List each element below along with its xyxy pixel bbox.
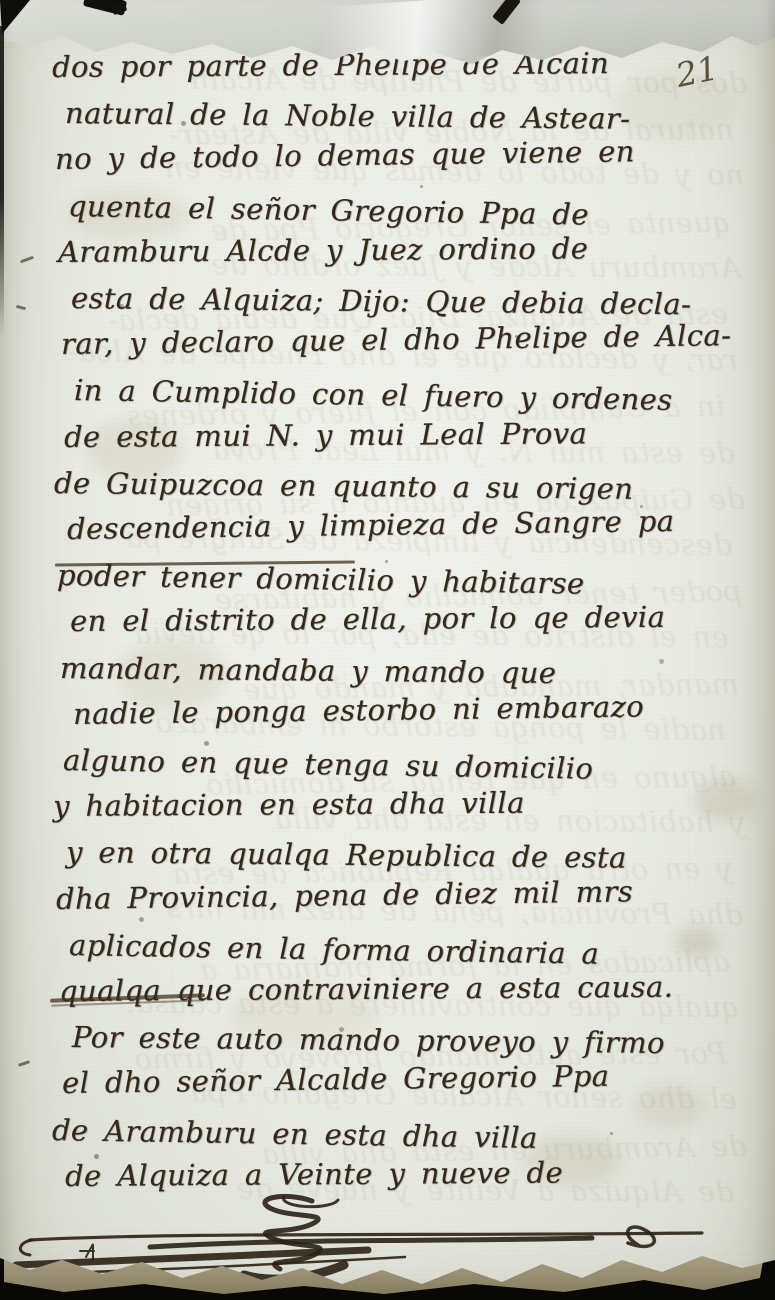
manuscript-line: en el distrito de ella, por lo qe devia — [70, 594, 747, 645]
manuscript-text-block: dos por parte de Phelipe de Alcainnatura… — [52, 44, 747, 1199]
manuscript-line: de esta mui N. y mui Leal Prova — [64, 409, 747, 460]
manuscript-line: dha Provincia, pena de diez mil mrs — [56, 866, 748, 921]
margin-mark — [20, 256, 34, 264]
manuscript-line: nadie le ponga estorbo ni embarazo — [73, 682, 748, 737]
manuscript-line: rar, y declaro que el dho Phelipe de Alc… — [61, 312, 748, 367]
scanned-document-page: dos por parte de Phelipe de Alcainnatura… — [0, 0, 775, 1300]
margin-mark — [16, 305, 26, 310]
manuscript-line: no y de todo lo demas que viene en — [55, 127, 748, 182]
manuscript-line: descendencia y limpieza de Sangre pa — [67, 497, 748, 552]
manuscript-line: el dho señor Alcalde Gregorio Ppa — [62, 1051, 748, 1106]
binding-left-edge — [0, 26, 4, 336]
margin-mark — [18, 1060, 30, 1067]
manuscript-line: y habitacion en esta dha villa — [53, 778, 747, 829]
manuscript-line: qualqa que contraviniere a esta causa. — [59, 963, 747, 1014]
manuscript-line: Aramburu Alcde y Juez ordino de — [58, 224, 747, 275]
manuscript-leaf: dos por parte de Phelipe de Alcainnatura… — [0, 0, 775, 1300]
